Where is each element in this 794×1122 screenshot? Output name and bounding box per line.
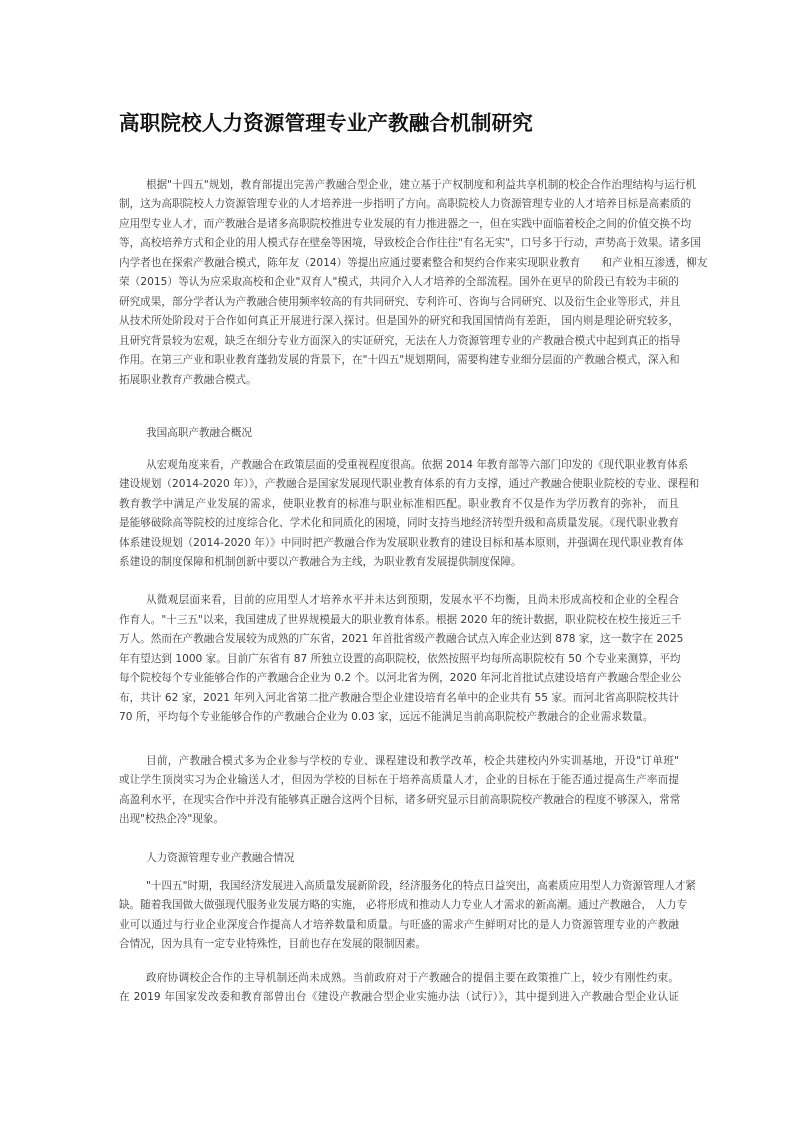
paragraph-3-line: 从微观层面来看，目前的应用型人才培养水平并未达到预期，发展水平不均衡，且尚未形成… [146,594,679,607]
paragraph-1-line: 作用。在第三产业和职业教育蓬勃发展的背景下，在"十四五"规划期间，需要构建专业细… [119,354,679,367]
paragraph-4-line: 出现"校热企冷"现象。 [119,813,679,826]
paragraph-2-line: 教育教学中满足产业发展的需求，使职业教育的标准与职业标准相匹配。职业教育不仅是作… [119,498,679,511]
paragraph-1-line: 研究成果，部分学者认为产教融合使用频率较高的有共同研究、专利许可、咨询与合同研究… [119,296,679,309]
paragraph-3-line: 年有望达到 1000 家。目前广东省有 87 所独立设置的高职院校，依然按照平均… [119,653,679,666]
section-heading: 我国高职产教融合概况 [146,425,252,440]
paragraph-4-line: 或让学生顶岗实习为企业输送人才，但因为学校的目标在于培养高质量人才，企业的目标在… [119,774,679,787]
document-title: 高职院校人力资源管理专业产教融合机制研究 [119,106,533,136]
paragraph-5-line: 合情况，因为具有一定专业特殊性，目前也存在发展的限制因素。 [119,938,679,951]
paragraph-4-line: 目前，产教融合模式多为企业参与学校的专业、课程建设和教学改革，校企共建校内外实训… [146,755,679,768]
paragraph-2-line: 系建设的制度保障和机制创新中要以产教融合为主线，为职业教育发展提供制度保障。 [119,556,679,569]
paragraph-5-line: 业可以通过与行业企业深度合作提高人才培养数量和质量。与旺盛的需求产生鲜明对比的是… [119,919,679,932]
paragraph-1-line: 根据"十四五"规划，教育部提出完善产教融合型企业，建立基于产权制度和利益共享机制… [146,179,679,192]
paragraph-1-line: 制，这为高职院校人力资源管理专业的人才培养进一步指明了方向。高职院校人力资源管理… [119,198,679,211]
paragraph-3-line: 万人。然而在产教融合发展较为成熟的广东省，2021 年首批省级产教融合试点入库企… [119,633,679,646]
paragraph-4-line: 高盈利水平，在现实合作中并没有能够真正融合这两个目标，诸多研究显示目前高职院校产… [119,794,679,807]
paragraph-1-line: 应用型专业人才，而产教融合是诸多高职院校推进专业发展的有力推进器之一，但在实践中… [119,218,679,231]
paragraph-5-line: 缺。随着我国做大做强现代服务业发展方略的实施， 必将形成和推动人力专业人才需求的… [119,899,679,912]
paragraph-6-line: 在 2019 年国家发改委和教育部曾出台《建设产教融合型企业实施办法（试行）》，… [119,991,679,1004]
paragraph-1-line: 拓展职业教育产教融合模式。 [119,374,679,387]
paragraph-3-line: 布，共计 62 家，2021 年列入河北省第二批产教融合型企业建设培育名单中的企… [119,692,679,705]
paragraph-1-line: 等，高校培养方式和企业的用人模式存在壁垒等困境，导致校企合作往往"有名无实"，口… [119,237,679,250]
paragraph-5-line: "十四五"时期，我国经济发展进入高质量发展新阶段，经济服务化的特点日益突出，高素… [146,880,679,893]
paragraph-3-line: 作育人。"十三五"以来，我国建成了世界规模最大的职业教育体系。根据 2020 年… [119,614,679,627]
paragraph-1-line: 荣（2015）等认为应采取高校和企业"双育人"模式，共同介入人才培养的全部流程。… [119,276,679,289]
paragraph-3-line: 70 所，平均每个专业能够合作的产教融合企业为 0.03 家，远远不能满足当前高… [119,711,679,724]
paragraph-1-line: 且研究背景较为宏观，缺乏在细分专业方面深入的实证研究，无法在人力资源管理专业的产… [119,335,679,348]
paragraph-2-line: 建设规划（2014-2020 年）》，产教融合是国家发展现代职业教育体系的有力支… [119,478,679,491]
paragraph-3-line: 每个院校每个专业能够合作的产教融合企业为 0.2 个。以河北省为例，2020 年… [119,672,679,685]
paragraph-6-line: 政府协调校企合作的主导机制还尚未成熟。当前政府对于产教融合的提倡主要在政策推广上… [146,972,679,985]
paragraph-1-line: 从技术所处阶段对于合作如何真正开展进行深入探讨。但是国外的研究和我国国情尚有差距… [119,315,679,328]
section-heading: 人力资源管理专业产教融合情况 [146,850,294,865]
paragraph-2-line: 体系建设规划（2014-2020 年）》中同时把产教融合作为发展职业教育的建设目… [119,537,679,550]
document-page: 高职院校人力资源管理专业产教融合机制研究 根据"十四五"规划，教育部提出完善产教… [0,0,794,1122]
paragraph-2-line: 从宏观角度来看，产教融合在政策层面的受重视程度很高。依据 2014 年教育部等六… [146,459,679,472]
paragraph-2-line: 是能够破除高等院校的过度综合化、学术化和同质化的困境，同时支持当地经济转型升级和… [119,517,679,530]
paragraph-1-line: 内学者也在探索产教融合模式，陈年友（2014）等提出应通过要素整合和契约合作来实… [119,257,679,270]
